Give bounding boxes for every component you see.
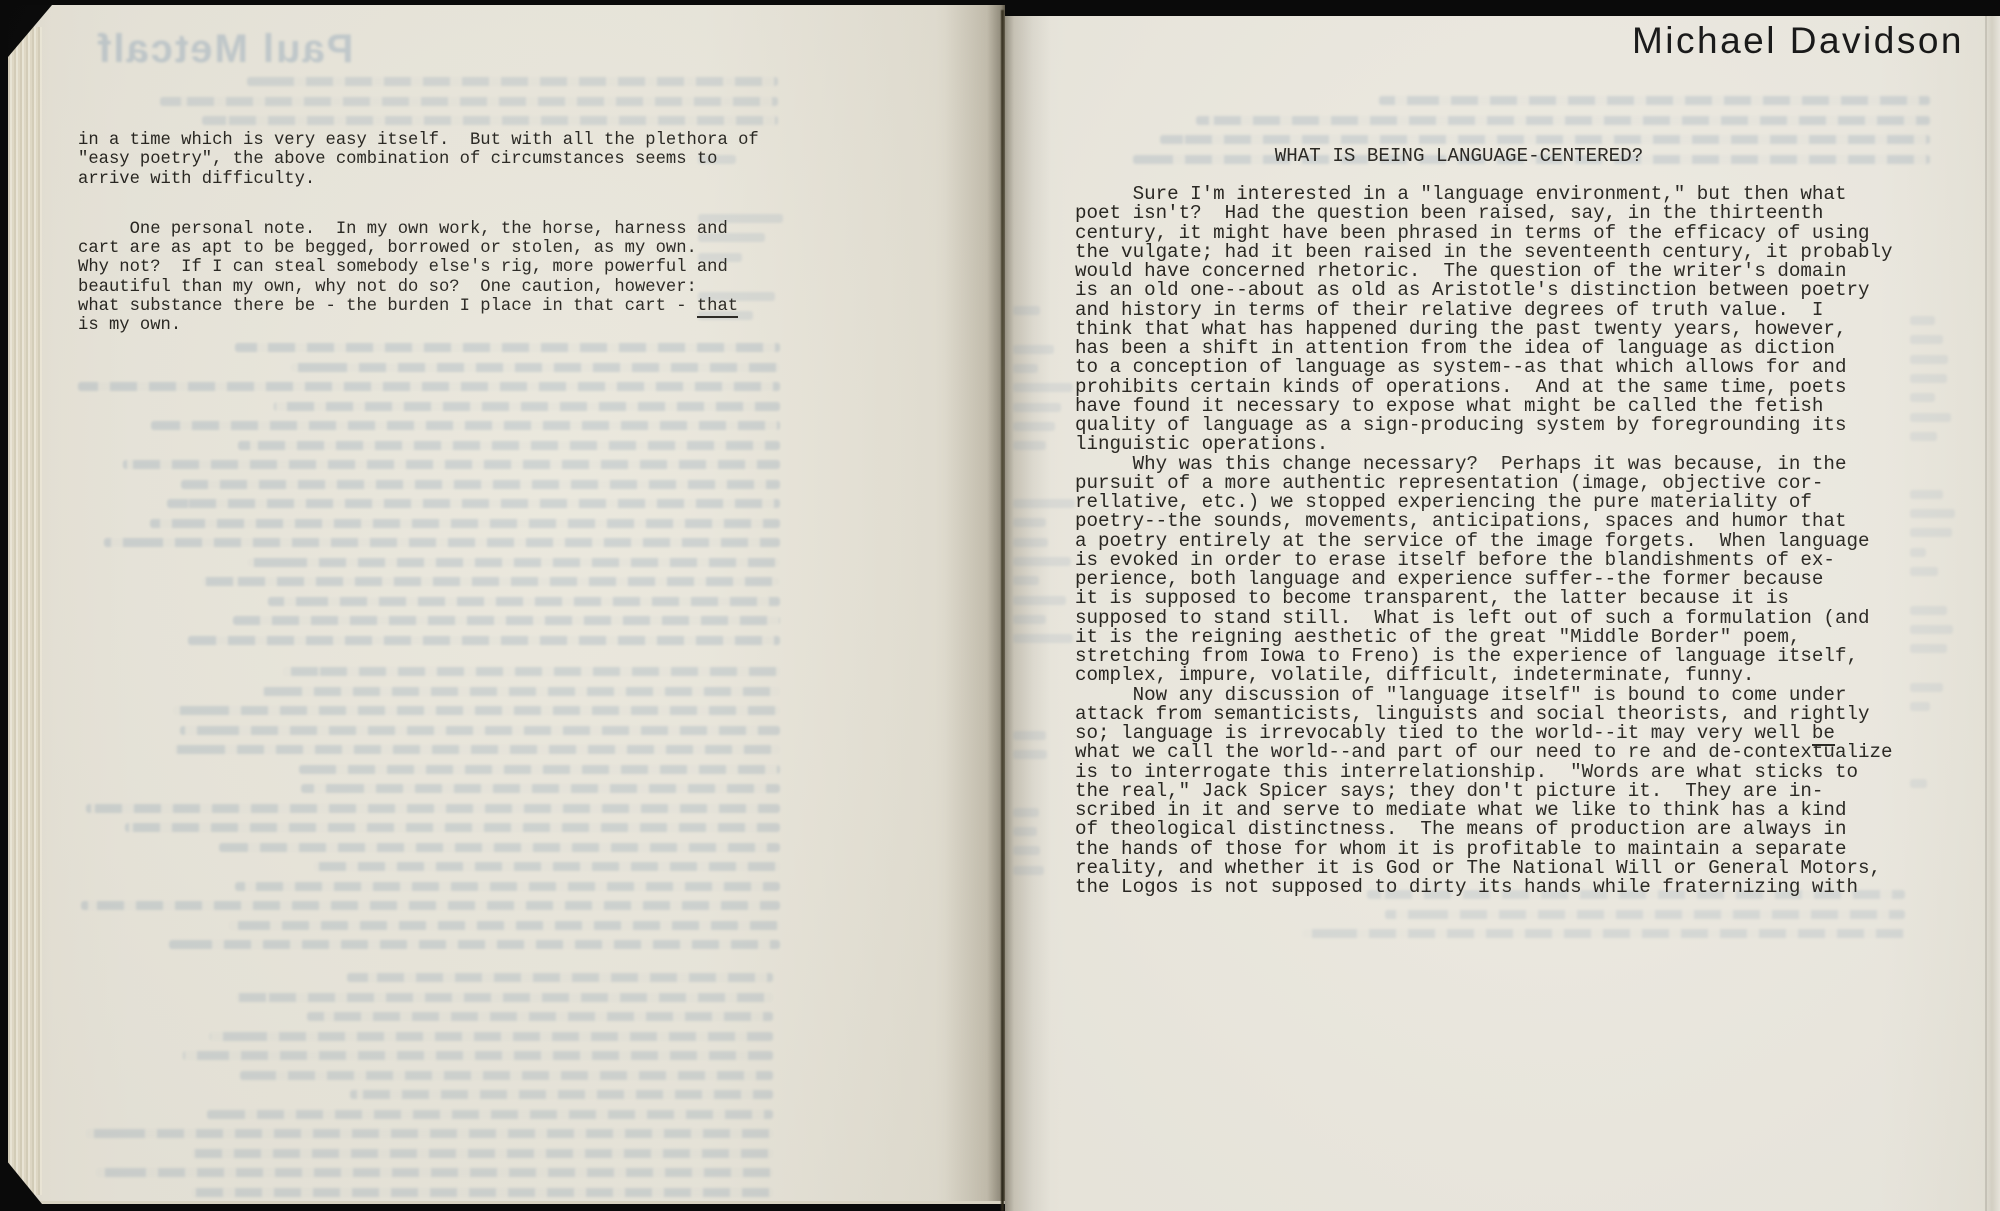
bleedthrough-line [123, 460, 780, 469]
bleedthrough-line [235, 882, 780, 891]
bleedthrough-line [1385, 910, 1905, 919]
text-line: the hands of those for whom it is profit… [1075, 840, 1893, 859]
bleedthrough-title: Paul Metcalf [96, 27, 353, 72]
bleedthrough-line [210, 1032, 773, 1041]
bleedthrough-line [78, 382, 780, 391]
text-line: cart are as apt to be begged, borrowed o… [78, 239, 759, 258]
bleedthrough-line [81, 901, 780, 910]
bleedthrough-line [160, 97, 778, 106]
paragraph: One personal note. In my own work, the h… [78, 220, 759, 336]
bleedthrough-line [202, 116, 778, 125]
text-line: is my own. [78, 316, 759, 335]
page-edge-line [1985, 16, 1987, 1211]
bleedthrough-line [240, 1071, 773, 1080]
bleedthrough-fragment [1910, 413, 1951, 422]
bleedthrough-fragment [1910, 702, 1930, 711]
bleedthrough-line [301, 784, 780, 793]
bleedthrough-fragment [1910, 393, 1935, 402]
page-edge-stack [8, 27, 42, 1195]
bleedthrough-line [247, 77, 778, 86]
author-heading: Michael Davidson [1632, 20, 1964, 62]
text-line: is an old one--about as old as Aristotle… [1075, 281, 1893, 300]
bleedthrough-line [314, 862, 780, 871]
text-line: of theological distinctness. The means o… [1075, 820, 1893, 839]
bleedthrough-line [290, 363, 780, 372]
bleedthrough-line [350, 1090, 773, 1099]
text-line: arrive with difficulty. [78, 170, 759, 189]
bleedthrough-fragment [1910, 374, 1947, 383]
bleedthrough-fragment [1910, 355, 1948, 364]
bleedthrough-line [125, 823, 780, 832]
text-line: what substance there be - the burden I p… [78, 297, 759, 316]
left-page-text: in a time which is very easy itself. But… [78, 131, 759, 336]
bleedthrough-line [173, 706, 780, 715]
bleedthrough-line [236, 993, 773, 1002]
underlined-word: that [697, 297, 738, 318]
bleedthrough-fragment [1910, 567, 1938, 576]
bleedthrough-line [238, 441, 780, 450]
bleedthrough-line [169, 940, 780, 949]
bleedthrough-line [299, 765, 780, 774]
bleedthrough-fragment [1910, 335, 1943, 344]
paragraph: Sure I'm interested in a "language envir… [1075, 185, 1893, 455]
bleedthrough-line [86, 1129, 773, 1138]
text-line: Why was this change necessary? Perhaps i… [1075, 455, 1893, 474]
bleedthrough-line [233, 616, 780, 625]
paragraph: in a time which is very easy itself. But… [78, 131, 759, 189]
text-line: what we call the world--and part of our … [1075, 743, 1893, 762]
text-line: One personal note. In my own work, the h… [78, 220, 759, 239]
text-line: is to interrogate this interrelationship… [1075, 763, 1893, 782]
bleedthrough-line [268, 597, 780, 606]
text-line: poet isn't? Had the question been raised… [1075, 204, 1893, 223]
text-line: the Logos is not supposed to dirty its h… [1075, 878, 1893, 897]
text-line: in a time which is very easy itself. But… [78, 131, 759, 150]
bleedthrough-line [347, 973, 773, 982]
book-spine [1001, 10, 1004, 1211]
bleedthrough-fragment [1910, 606, 1947, 615]
text-line: complex, impure, volatile, difficult, in… [1075, 666, 1893, 685]
text-line: prohibits certain kinds of operations. A… [1075, 378, 1893, 397]
bleedthrough-line [229, 921, 780, 930]
bleedthrough-fragment [1910, 432, 1937, 441]
text-line: a poetry entirely at the service of the … [1075, 532, 1893, 551]
bleedthrough-line [207, 1110, 773, 1119]
left-page: Paul Metcalf in a time which is very eas… [8, 5, 1005, 1204]
bleedthrough-line [307, 1012, 773, 1021]
bleedthrough-line [262, 687, 780, 696]
text-line: beautiful than my own, why not do so? On… [78, 278, 759, 297]
bleedthrough-line [1196, 116, 1930, 125]
bleedthrough-fragment [1910, 490, 1943, 499]
text-line: to a conception of language as system--a… [1075, 358, 1893, 377]
bleedthrough-line [202, 577, 780, 586]
text-line: supposed to stand still. What is left ou… [1075, 609, 1893, 628]
bleedthrough-line [1302, 929, 1905, 938]
bleedthrough-line [274, 402, 780, 411]
bleedthrough-line [151, 421, 780, 430]
bleedthrough-fragment [1910, 683, 1943, 692]
bleedthrough-line [181, 480, 780, 489]
bleedthrough-fragment [1910, 316, 1935, 325]
paragraph: Now any discussion of "language itself" … [1075, 686, 1893, 898]
bleedthrough-line [96, 1168, 773, 1177]
bleedthrough-line [235, 343, 780, 352]
gutter-shadow-left [945, 5, 1005, 1201]
bleedthrough-line [192, 1149, 773, 1158]
bleedthrough-fragment [1910, 779, 1927, 788]
bleedthrough-line [188, 636, 780, 645]
bleedthrough-line [192, 1188, 773, 1197]
bleedthrough-line [174, 745, 780, 754]
right-page-text: Sure I'm interested in a "language envir… [1075, 185, 1893, 897]
text-line: Now any discussion of "language itself" … [1075, 686, 1893, 705]
bleedthrough-line [247, 558, 780, 567]
text-line: Why not? If I can steal somebody else's … [78, 258, 759, 277]
text-line: it is supposed to become transparent, th… [1075, 589, 1893, 608]
text-line: and history in terms of their relative d… [1075, 301, 1893, 320]
bleedthrough-fragment [1910, 548, 1926, 557]
section-title: WHAT IS BEING LANGUAGE-CENTERED? [1043, 145, 1875, 167]
text-line: linguistic operations. [1075, 435, 1893, 454]
bleedthrough-line [86, 804, 780, 813]
bleedthrough-fragment [1910, 509, 1955, 518]
gutter-shadow-right [1005, 16, 1051, 1211]
bleedthrough-line [167, 499, 780, 508]
bleedthrough-fragment [1910, 625, 1953, 634]
bleedthrough-fragment [1910, 528, 1952, 537]
bleedthrough-line [180, 726, 780, 735]
text-line: century, it might have been phrased in t… [1075, 224, 1893, 243]
bleedthrough-line [1160, 135, 1930, 144]
bleedthrough-line [283, 667, 780, 676]
bleedthrough-fragment [1910, 644, 1947, 653]
text-line: poetry--the sounds, movements, anticipat… [1075, 512, 1893, 531]
bleedthrough-line [1379, 96, 1930, 105]
right-page: Michael Davidson WHAT IS BEING LANGUAGE-… [1005, 16, 2000, 1211]
book-scan: Paul Metcalf in a time which is very eas… [0, 0, 2000, 1211]
bleedthrough-line [104, 538, 780, 547]
bleedthrough-line [219, 843, 780, 852]
bleedthrough-line [183, 1051, 773, 1060]
bleedthrough-line [150, 519, 780, 528]
paragraph: Why was this change necessary? Perhaps i… [1075, 455, 1893, 686]
text-line: "easy poetry", the above combination of … [78, 150, 759, 169]
